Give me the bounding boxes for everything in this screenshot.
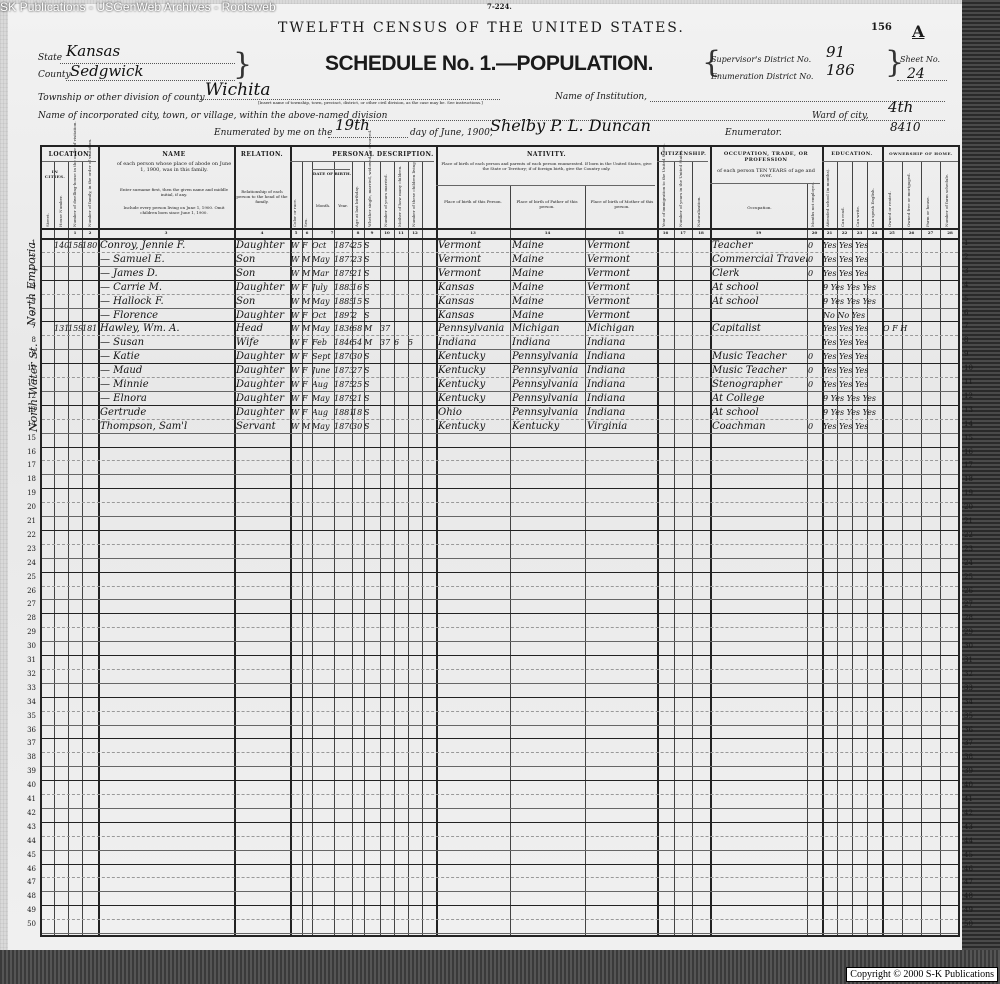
cell-birth-mother: Vermont (587, 295, 657, 308)
line-number-left: 35 (22, 712, 36, 720)
cell-marital: M (364, 322, 380, 335)
cell-year: 1897 (334, 309, 352, 322)
column-number: 20 (807, 230, 822, 235)
cell-birth-father: Maine (512, 267, 585, 280)
schedule-title: SCHEDULE No. 1.—POPULATION. (325, 52, 653, 76)
family-number-header: Number of family, in the order of visita… (87, 161, 92, 227)
cell-education: 9 Yes Yes Yes (823, 406, 882, 419)
cell-month: Aug (312, 406, 334, 419)
line-number-left: 24 (22, 559, 36, 567)
column-number: 13 (436, 230, 510, 235)
column-divider (54, 161, 55, 935)
column-number: 18 (692, 230, 710, 235)
cell-month: May (312, 295, 334, 308)
enumerator-signature: Shelby P. L. Duncan (490, 116, 651, 135)
row-divider (42, 516, 958, 517)
column-divider (82, 161, 83, 935)
cell-year: 1875 (334, 378, 352, 391)
cell-birth-mother: Michigan (587, 322, 657, 335)
cell-color: W (291, 239, 302, 252)
cell-education: Yes Yes Yes (823, 378, 882, 391)
cell-name: Hawley, Wm. A. (100, 322, 234, 335)
cell-sex: F (302, 406, 312, 419)
cell-relation: Daughter (236, 392, 290, 405)
row-divider (42, 738, 958, 739)
column-divider (380, 161, 381, 935)
cell-relation: Servant (236, 420, 290, 433)
line-number-right: 7 (964, 322, 978, 330)
occupation-description: of each person TEN YEARS of age and over… (712, 169, 820, 179)
cell-birth-person: Kansas (438, 309, 510, 322)
birth-person-header: Place of birth of this Person. (438, 199, 508, 204)
line-number-left: 33 (22, 684, 36, 692)
cell-ownership: O F H (883, 322, 960, 335)
line-number-right: 19 (964, 489, 978, 497)
row-divider (42, 877, 958, 878)
cell-birth-father: Maine (512, 239, 585, 252)
can-speak-english-header: Can speak English. (870, 163, 875, 227)
cell-birth-person: Indiana (438, 336, 510, 349)
cell-month: May (312, 392, 334, 405)
township-label: Township or other division of county (38, 93, 205, 103)
column-number: 19 (710, 230, 807, 235)
column-divider (902, 161, 903, 935)
age-header: Age at last birthday. (354, 163, 359, 227)
line-number-right: 48 (964, 892, 978, 900)
cell-education: 9 Yes Yes Yes (823, 281, 882, 294)
cell-sex: M (302, 253, 312, 266)
cell-birth-person: Vermont (438, 267, 510, 280)
cell-years-married: 37 (380, 336, 394, 349)
line-number-right: 11 (964, 378, 978, 386)
township-value: Wichita (205, 80, 271, 100)
supervisor-value: 91 (826, 43, 845, 61)
cell-birth-mother: Indiana (587, 406, 657, 419)
line-number-right: 45 (964, 851, 978, 859)
line-number-right: 2 (964, 253, 978, 261)
cell-color: W (291, 267, 302, 280)
column-number: 8 (352, 230, 364, 235)
cell-marital: S (364, 239, 380, 252)
row-divider (42, 669, 958, 670)
line-number-right: 17 (964, 461, 978, 469)
cell-birth-person: Vermont (438, 239, 510, 252)
cell-relation: Daughter (236, 350, 290, 363)
cell-dwelling: 158 (68, 239, 82, 252)
cell-occupation: Clerk (712, 267, 807, 280)
column-number: 9 (364, 230, 380, 235)
cell-birth-mother: Indiana (587, 350, 657, 363)
line-number-left: 29 (22, 628, 36, 636)
cell-marital: M (364, 336, 380, 349)
population-table: LOCATION. IN CITIES. NAME of each person… (40, 145, 960, 937)
cell-occupation: At school (712, 281, 807, 294)
cell-marital: S (364, 378, 380, 391)
cell-marital: S (364, 267, 380, 280)
cell-sex: F (302, 378, 312, 391)
cell-house: 1400 (54, 239, 68, 252)
line-number-right: 1 (964, 239, 978, 247)
header-divider (290, 161, 434, 162)
row-divider (42, 599, 958, 600)
cell-education: No No Yes (823, 309, 882, 322)
cell-occupation: At school (712, 295, 807, 308)
cell-marital: S (364, 295, 380, 308)
cell-month: May (312, 322, 334, 335)
line-number-left: 45 (22, 851, 36, 859)
cell-birth-mother: Vermont (587, 309, 657, 322)
cell-sex: F (302, 350, 312, 363)
cell-relation: Daughter (236, 281, 290, 294)
street-note-1: North Emporia (25, 236, 38, 326)
cell-occupation: At College (712, 392, 807, 405)
row-divider (42, 627, 958, 628)
cell-sex: F (302, 364, 312, 377)
row-divider (42, 905, 958, 906)
cell-birth-person: Kentucky (438, 364, 510, 377)
name-instruction-2: Include every person living on June 1, 1… (116, 205, 232, 215)
cell-year: 1846 (334, 336, 352, 349)
cell-name: — Florence (100, 309, 234, 322)
cell-months-unemployed: 0 (808, 364, 822, 377)
column-number: 12 (408, 230, 422, 235)
cell-occupation: Commercial Traveler (712, 253, 807, 266)
line-number-right: 21 (964, 517, 978, 525)
row-divider (42, 780, 958, 781)
row-divider (42, 836, 958, 837)
line-number-left: 38 (22, 753, 36, 761)
line-number-right: 13 (964, 406, 978, 414)
column-number: 11 (394, 230, 408, 235)
column-divider (940, 161, 941, 935)
cell-months-unemployed: 0 (808, 378, 822, 391)
cell-education: Yes Yes Yes (823, 267, 882, 280)
cell-birth-person: Kansas (438, 295, 510, 308)
cell-age: 2 (352, 309, 364, 322)
column-divider (394, 161, 395, 935)
cell-birth-father: Maine (512, 281, 585, 294)
row-divider (42, 641, 958, 642)
line-number-right: 28 (964, 614, 978, 622)
year-header: Year. (334, 203, 352, 208)
line-number-right: 38 (964, 753, 978, 761)
marital-header: Whether single, married, widowed, or div… (367, 163, 372, 227)
line-number-left: 25 (22, 573, 36, 581)
owned-rented-header: Owned or rented. (887, 163, 892, 227)
nativity-description: Place of birth of each person and parent… (438, 161, 655, 171)
cell-occupation: Coachman (712, 420, 807, 433)
cell-birth-father: Pennsylvania (512, 378, 585, 391)
cell-year: 1873 (334, 364, 352, 377)
form-number: 7-224. (487, 2, 512, 11)
cell-birth-person: Pennsylvania (438, 322, 510, 335)
row-divider (42, 502, 958, 503)
cell-marital: S (364, 420, 380, 433)
row-divider (42, 711, 958, 712)
cell-month: June (312, 364, 334, 377)
row-divider (42, 683, 958, 684)
cell-age: 30 (352, 420, 364, 433)
column-number: 17 (674, 230, 692, 235)
line-number-right: 20 (964, 503, 978, 511)
line-number-right: 31 (964, 656, 978, 664)
state-value: Kansas (66, 42, 120, 60)
row-divider (42, 864, 958, 865)
cell-occupation: Capitalist (712, 322, 807, 335)
months-unemployed-header: Months not employed. (810, 187, 815, 227)
cell-birth-person: Kentucky (438, 392, 510, 405)
occupation-col-header: Occupation. (712, 205, 807, 210)
column-number: 2 (82, 230, 98, 235)
column-number: 3 (98, 230, 234, 235)
line-number-right: 14 (964, 420, 978, 428)
line-number-left: 19 (22, 489, 36, 497)
cell-age: 68 (352, 322, 364, 335)
cell-month: May (312, 420, 334, 433)
column-number: 6 (302, 230, 312, 235)
cell-month: Oct (312, 309, 334, 322)
cell-sex: M (302, 295, 312, 308)
line-number-right: 22 (964, 531, 978, 539)
source-watermark: SK Publications - USGenWeb Archives - Ro… (0, 0, 276, 14)
line-number-left: 32 (22, 670, 36, 678)
cell-months-unemployed: 0 (808, 239, 822, 252)
years-in-us-header: Number of years in the United States. (678, 163, 683, 227)
cell-year: 1870 (334, 350, 352, 363)
cell-age: 16 (352, 281, 364, 294)
cell-color: W (291, 322, 302, 335)
row-divider (42, 794, 958, 795)
cell-sex: F (302, 309, 312, 322)
ward-label: Ward of city, (812, 111, 869, 121)
header-divider (436, 185, 655, 186)
cell-sex: M (302, 420, 312, 433)
cell-month: May (312, 253, 334, 266)
column-divider (408, 161, 409, 935)
line-number-left: 39 (22, 767, 36, 775)
nativity-header: NATIVITY. (436, 151, 657, 158)
cell-months-unemployed: 0 (808, 253, 822, 266)
cell-mother-of: 6 (394, 336, 408, 349)
column-divider (674, 161, 675, 935)
cell-year: 1870 (334, 420, 352, 433)
cell-birth-mother: Indiana (587, 364, 657, 377)
farm-house-header: Farm or house. (925, 163, 930, 227)
cell-months-unemployed: 0 (808, 267, 822, 280)
line-number-left: 43 (22, 823, 36, 831)
line-number-left: 34 (22, 698, 36, 706)
enumerated-day: 19th (335, 116, 370, 134)
sheet-side: A (912, 22, 924, 41)
brace: } (233, 50, 252, 80)
line-number-right: 24 (964, 559, 978, 567)
line-number-right: 5 (964, 295, 978, 303)
row-divider (42, 447, 958, 448)
line-number-right: 15 (964, 434, 978, 442)
name-header: NAME (114, 151, 234, 158)
column-number: 7 (312, 230, 352, 235)
farm-schedule-header: Number of farm schedule. (944, 163, 949, 227)
line-number-right: 27 (964, 600, 978, 608)
naturalization-header: Naturalization. (696, 163, 701, 227)
line-number-left: 41 (22, 795, 36, 803)
cell-name: Conroy, Jennie F. (100, 239, 234, 252)
cell-name: — Maud (100, 364, 234, 377)
cell-relation: Son (236, 295, 290, 308)
line-number-left: 16 (22, 448, 36, 456)
county-value: Sedgwick (70, 62, 143, 80)
cell-marital: S (364, 253, 380, 266)
sheet-line (897, 80, 947, 81)
cell-birth-mother: Vermont (587, 281, 657, 294)
cell-name: — Hallock F. (100, 295, 234, 308)
line-number-right: 46 (964, 865, 978, 873)
line-number-left: 44 (22, 837, 36, 845)
cell-birth-father: Pennsylvania (512, 406, 585, 419)
cell-age: 54 (352, 336, 364, 349)
column-number: 10 (380, 230, 394, 235)
column-number: 28 (940, 230, 960, 235)
line-number-left: 20 (22, 503, 36, 511)
cell-relation: Son (236, 253, 290, 266)
line-number-right: 49 (964, 906, 978, 914)
supervisor-label: Supervisor's District No. (711, 55, 811, 64)
row-divider (42, 933, 958, 934)
cell-sex: F (302, 392, 312, 405)
can-write-header: Can write. (855, 163, 860, 227)
cell-birth-father: Maine (512, 309, 585, 322)
line-number-right: 3 (964, 267, 978, 275)
cell-year: 1881 (334, 406, 352, 419)
cell-birth-mother: Indiana (587, 378, 657, 391)
children-living-header: Number of these children living. (411, 163, 416, 227)
line-number-right: 40 (964, 781, 978, 789)
cell-relation: Wife (236, 336, 290, 349)
cell-months-unemployed: 0 (808, 420, 822, 433)
cell-month: Feb (312, 336, 334, 349)
line-number-right: 6 (964, 309, 978, 317)
cell-birth-mother: Virginia (587, 420, 657, 433)
line-number-right: 41 (964, 795, 978, 803)
line-number-left: 23 (22, 545, 36, 553)
line-number-left: 42 (22, 809, 36, 817)
immigration-year-header: Year of immigration to the United States… (661, 163, 666, 227)
cell-occupation: Music Teacher (712, 364, 807, 377)
date-of-birth-header: DATE OF BIRTH. (312, 171, 352, 176)
column-number: 5 (290, 230, 302, 235)
line-number-right: 29 (964, 628, 978, 636)
years-married-header: Number of years married. (383, 163, 388, 227)
line-number-left: 26 (22, 587, 36, 595)
cell-sex: M (302, 267, 312, 280)
cell-marital: S (364, 309, 380, 322)
cell-color: W (291, 295, 302, 308)
line-number-left: 47 (22, 878, 36, 886)
cell-age: 21 (352, 267, 364, 280)
cell-marital: S (364, 406, 380, 419)
cell-dwelling: 159 (68, 322, 82, 335)
cell-age: 27 (352, 364, 364, 377)
row-divider (42, 808, 958, 809)
column-number: 24 (867, 230, 882, 235)
line-number-right: 4 (964, 281, 978, 289)
cell-birth-mother: Indiana (587, 392, 657, 405)
cell-relation: Daughter (236, 364, 290, 377)
line-number-right: 32 (964, 670, 978, 678)
line-number-right: 39 (964, 767, 978, 775)
cell-relation: Head (236, 322, 290, 335)
month-header: Month. (312, 203, 334, 208)
cell-education: Yes Yes Yes (823, 420, 882, 433)
cell-color: W (291, 378, 302, 391)
cell-birth-person: Ohio (438, 406, 510, 419)
line-number-right: 34 (964, 698, 978, 706)
cell-month: Aug (312, 378, 334, 391)
cell-relation: Daughter (236, 406, 290, 419)
cell-name: — Carrie M. (100, 281, 234, 294)
cell-education: 9 Yes Yes Yes (823, 295, 882, 308)
row-divider (42, 891, 958, 892)
row-divider (42, 850, 958, 851)
sex-header: Sex. (303, 177, 308, 227)
cell-occupation: Music Teacher (712, 350, 807, 363)
cell-birth-person: Kentucky (438, 420, 510, 433)
cell-name: — Samuel E. (100, 253, 234, 266)
cell-marital: S (364, 364, 380, 377)
cell-relation: Daughter (236, 378, 290, 391)
ward-value: 4th (888, 98, 913, 116)
cell-education: Yes Yes Yes (823, 336, 882, 349)
line-number-right: 37 (964, 739, 978, 747)
column-number: 1 (68, 230, 82, 235)
line-number-left: 46 (22, 865, 36, 873)
cell-color: W (291, 253, 302, 266)
cell-year: 1877 (334, 253, 352, 266)
row-divider (42, 530, 958, 531)
name-description: of each person whose place of abode on J… (116, 161, 232, 173)
cell-family: 180 (82, 239, 98, 252)
cell-years-married: 37 (380, 322, 394, 335)
color-header: Color or race. (292, 177, 297, 227)
header-divider (657, 161, 708, 162)
cell-birth-mother: Vermont (587, 253, 657, 266)
page-number: 156 (871, 22, 892, 33)
free-mortgaged-header: Owned free or mortgaged. (906, 163, 911, 227)
column-number: 25 (882, 230, 902, 235)
cell-relation: Daughter (236, 309, 290, 322)
row-divider (42, 474, 958, 475)
column-divider (692, 161, 693, 935)
row-divider (42, 613, 958, 614)
cell-color: W (291, 281, 302, 294)
line-number-right: 47 (964, 878, 978, 886)
cell-sex: F (302, 336, 312, 349)
column-divider (921, 161, 922, 935)
row-divider (42, 766, 958, 767)
cell-birth-father: Pennsylvania (512, 364, 585, 377)
cell-year: 1885 (334, 295, 352, 308)
mother-of-header: Mother of how many children. (397, 163, 402, 227)
cell-year: 1836 (334, 322, 352, 335)
line-number-left: 28 (22, 614, 36, 622)
cell-age: 18 (352, 406, 364, 419)
township-note: [Insert name of township, town, precinct… (258, 100, 483, 105)
cell-birth-person: Kentucky (438, 350, 510, 363)
line-number-left: 18 (22, 475, 36, 483)
line-number-right: 25 (964, 573, 978, 581)
line-number-right: 36 (964, 726, 978, 734)
line-number-left: 15 (22, 434, 36, 442)
